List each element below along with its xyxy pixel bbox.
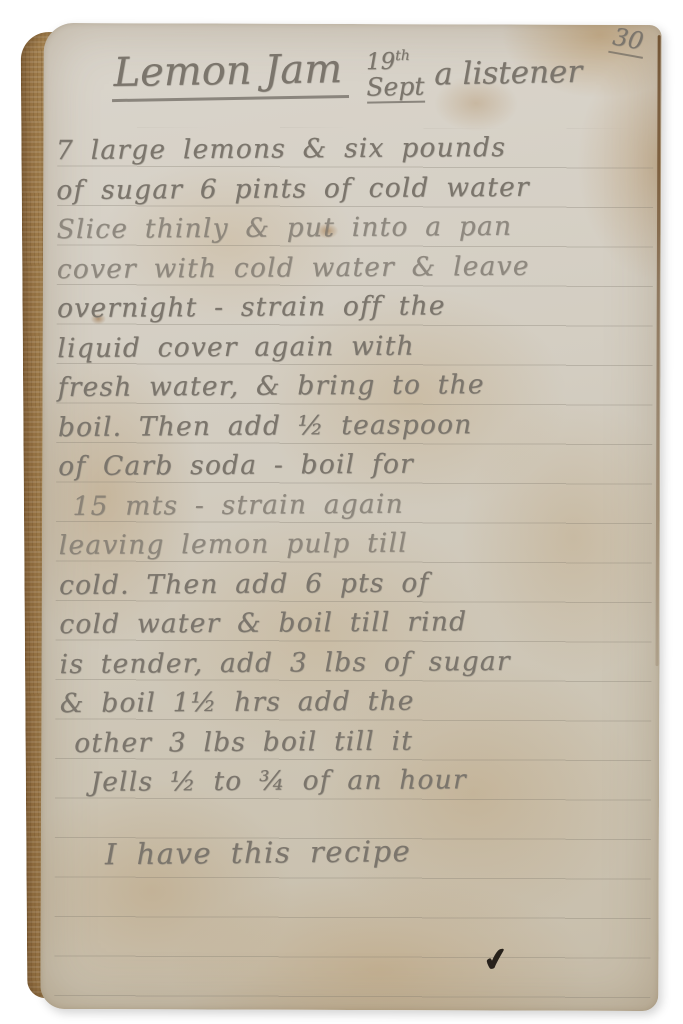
recipe-line: of sugar 6 pints of cold water xyxy=(56,165,652,209)
recipe-attribution: a listener xyxy=(434,54,583,97)
recipe-line: leaving lemon pulp till xyxy=(59,521,655,565)
notebook-page: 30 Lemon Jam 19th Sept a listener 7 larg… xyxy=(40,23,661,1011)
recipe-title-row: Lemon Jam 19th Sept a listener xyxy=(111,40,582,102)
recipe-line: other 3 lbs boil till it xyxy=(60,718,656,762)
recipe-line: fresh water, & bring to the xyxy=(58,363,654,407)
photo-of-notebook-page: 30 Lemon Jam 19th Sept a listener 7 larg… xyxy=(0,0,683,1024)
recipe-date-month: Sept xyxy=(366,73,424,103)
recipe-line: 7 large lemons & six pounds xyxy=(56,126,652,170)
recipe-line: cold water & boil till rind xyxy=(59,600,655,644)
recipe-line: & boil 1½ hrs add the xyxy=(60,679,656,723)
recipe-line: 15 mts - strain again xyxy=(58,481,654,525)
recipe-line: overnight - strain off the xyxy=(57,284,653,328)
recipe-line: is tender, add 3 lbs of sugar xyxy=(59,639,655,683)
recipe-line: boil. Then add ½ teaspoon xyxy=(58,402,654,446)
recipe-line: cold. Then add 6 pts of xyxy=(59,560,655,604)
recipe-line: Slice thinly & put into a pan xyxy=(56,205,652,249)
recipe-body: 7 large lemons & six pounds of sugar 6 p… xyxy=(56,126,657,802)
page-right-edge xyxy=(655,35,660,666)
recipe-line: of Carb soda - boil for xyxy=(58,442,654,486)
recipe-line: liquid cover again with xyxy=(57,323,653,367)
ink-check-mark: ✔ xyxy=(481,939,510,980)
date-ordinal: th xyxy=(395,48,410,64)
closing-note: I have this recipe xyxy=(105,834,412,871)
page-number: 30 xyxy=(609,22,648,59)
recipe-title: Lemon Jam xyxy=(111,46,348,102)
recipe-line: Jells ½ to ¾ of an hour xyxy=(60,758,656,802)
recipe-date-day: 19th xyxy=(366,49,410,74)
recipe-date: 19th Sept xyxy=(366,49,425,104)
recipe-line: cover with cold water & leave xyxy=(57,244,653,288)
